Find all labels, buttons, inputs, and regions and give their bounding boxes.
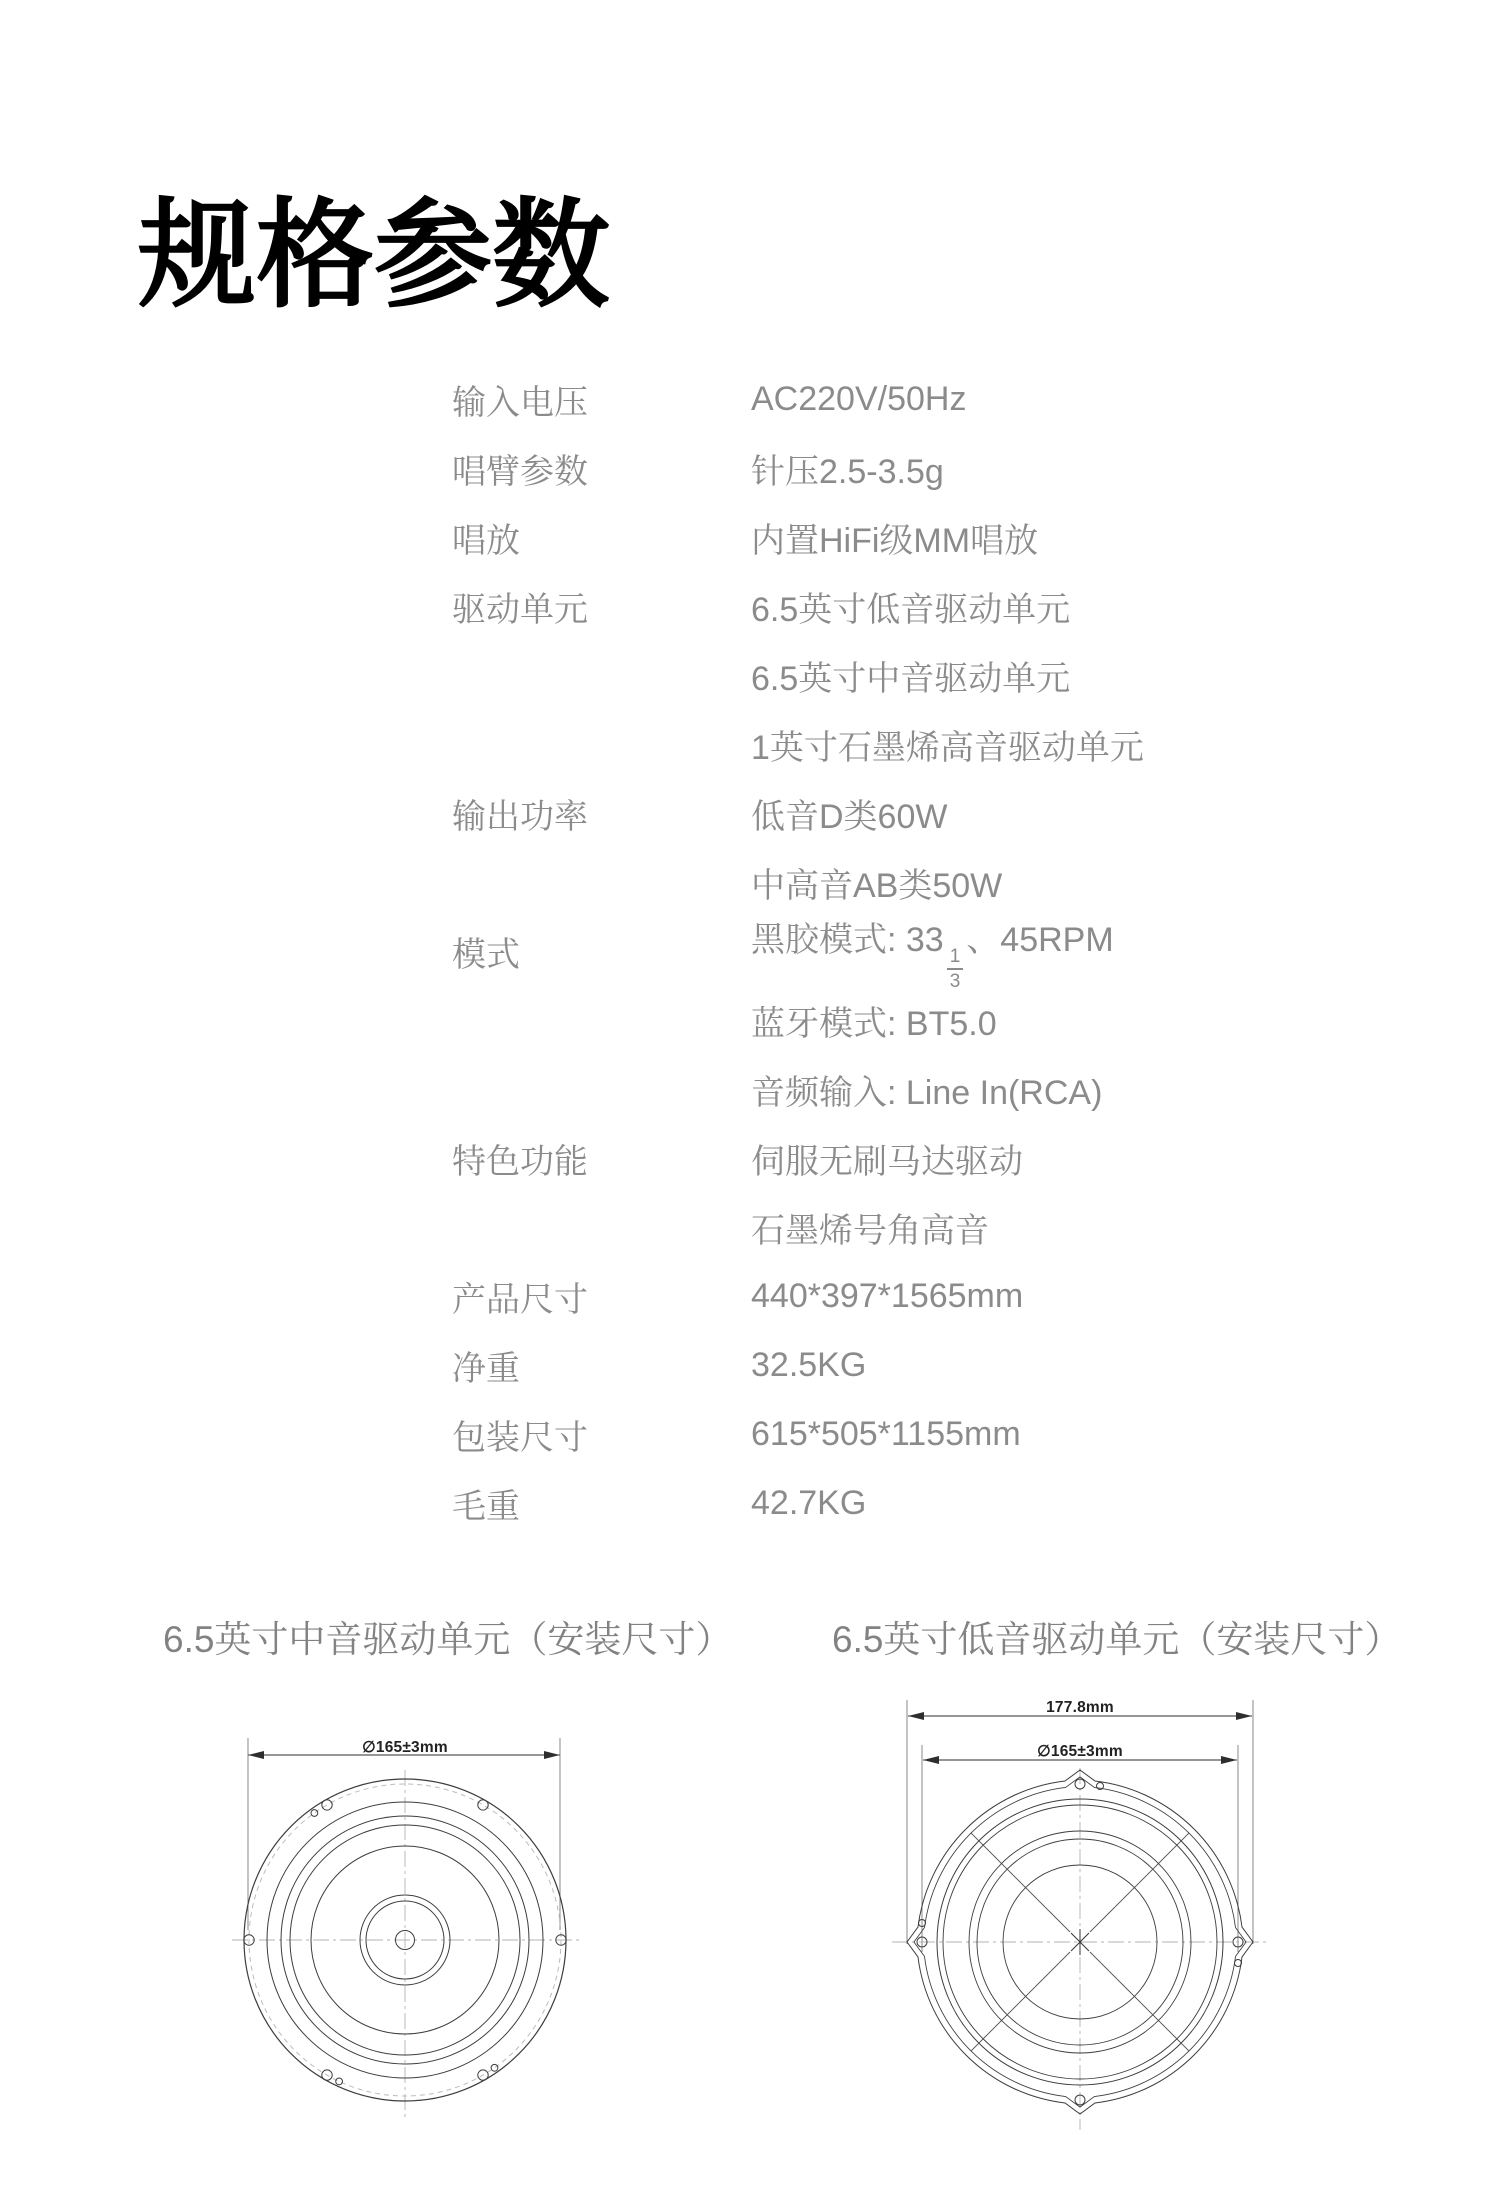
dim-arrow-right (1236, 1712, 1252, 1720)
mode-value-suffix: 、45RPM (966, 921, 1113, 959)
spec-label: 净重 (452, 1341, 751, 1390)
page-title: 规格参数 (138, 197, 610, 315)
spec-row-features: 特色功能 伺服无刷马达驱动 (452, 1124, 1144, 1193)
spec-value: AC220V/50Hz (751, 380, 966, 419)
woofer-inner-dim-label: ∅165±3mm (1037, 1743, 1123, 1760)
spec-label: 模式 (452, 927, 751, 976)
spec-value: 低音D类60W (751, 789, 947, 838)
spec-value: 中高音AB类50W (751, 858, 1002, 907)
spec-value: 6.5英寸中音驱动单元 (751, 651, 1070, 700)
spec-row-drivers-3: 1英寸石墨烯高音驱动单元 (452, 710, 1144, 779)
fraction-one-third: 13 (947, 947, 964, 991)
spec-label: 输出功率 (452, 789, 751, 838)
dim-arrow-left (908, 1712, 924, 1720)
spec-row-gross-weight: 毛重 42.7KG (452, 1469, 1144, 1538)
spec-label: 包装尺寸 (452, 1410, 751, 1459)
woofer-section-title: 6.5英寸低音驱动单元（安装尺寸） (832, 1618, 1401, 1662)
woofer-technical-drawing: 177.8mm ∅165±3mm (880, 1660, 1290, 2140)
spec-value: 音频输入: Line In(RCA) (751, 1065, 1102, 1114)
spec-value: 蓝牙模式: BT5.0 (751, 996, 997, 1045)
spec-label: 唱放 (452, 513, 751, 562)
spec-label: 特色功能 (452, 1134, 751, 1183)
spec-row-features-2: 石墨烯号角高音 (452, 1193, 1144, 1262)
spec-row-modes: 模式 黑胶模式: 3313、45RPM (452, 917, 1144, 986)
dim-arrow-right (544, 1751, 560, 1759)
spec-row-phono: 唱放 内置HiFi级MM唱放 (452, 503, 1144, 572)
spec-row-package-size: 包装尺寸 615*505*1155mm (452, 1400, 1144, 1469)
spec-value: 615*505*1155mm (751, 1415, 1021, 1454)
mid-driver-dim-label: ∅165±3mm (362, 1739, 448, 1756)
spec-row-output-power-2: 中高音AB类50W (452, 848, 1144, 917)
spec-row-input-voltage: 输入电压 AC220V/50Hz (452, 365, 1144, 434)
spec-sheet-page: { "page": { "title": "规格参数" }, "colors":… (0, 0, 1500, 2203)
spec-value: 石墨烯号角高音 (751, 1203, 989, 1252)
spec-value: 内置HiFi级MM唱放 (751, 513, 1038, 562)
spec-row-output-power: 输出功率 低音D类60W (452, 779, 1144, 848)
fraction-denominator: 3 (950, 970, 961, 991)
spec-value: 6.5英寸低音驱动单元 (751, 582, 1070, 631)
spec-row-tonearm: 唱臂参数 针压2.5-3.5g (452, 434, 1144, 503)
mode-value-prefix: 黑胶模式: 33 (751, 921, 944, 959)
spec-label: 驱动单元 (452, 582, 751, 631)
mid-driver-section-title: 6.5英寸中音驱动单元（安装尺寸） (163, 1618, 732, 1662)
spec-row-drivers-2: 6.5英寸中音驱动单元 (452, 641, 1144, 710)
mid-driver-technical-drawing: ∅165±3mm (190, 1690, 620, 2135)
spec-value: 440*397*1565mm (751, 1277, 1023, 1316)
spec-value: 伺服无刷马达驱动 (751, 1134, 1023, 1183)
spec-value: 黑胶模式: 3313、45RPM (751, 912, 1114, 991)
spec-row-modes-3: 音频输入: Line In(RCA) (452, 1055, 1144, 1124)
spec-label: 毛重 (452, 1479, 751, 1528)
spec-table: 输入电压 AC220V/50Hz 唱臂参数 针压2.5-3.5g 唱放 内置Hi… (452, 365, 1144, 1538)
spec-row-drivers: 驱动单元 6.5英寸低音驱动单元 (452, 572, 1144, 641)
woofer-outer-dim-label: 177.8mm (1046, 1699, 1114, 1716)
spec-row-net-weight: 净重 32.5KG (452, 1331, 1144, 1400)
spec-row-modes-2: 蓝牙模式: BT5.0 (452, 986, 1144, 1055)
spec-value: 42.7KG (751, 1484, 866, 1523)
spec-label: 产品尺寸 (452, 1272, 751, 1321)
dim-arrow-left (248, 1751, 264, 1759)
spec-value: 32.5KG (751, 1346, 866, 1385)
fraction-numerator: 1 (947, 947, 964, 970)
spec-row-product-size: 产品尺寸 440*397*1565mm (452, 1262, 1144, 1331)
spec-value: 1英寸石墨烯高音驱动单元 (751, 720, 1144, 769)
dim-arrow-right (1221, 1756, 1237, 1764)
spec-label: 唱臂参数 (452, 444, 751, 493)
spec-label: 输入电压 (452, 375, 751, 424)
spec-value: 针压2.5-3.5g (751, 444, 944, 493)
dim-arrow-left (923, 1756, 939, 1764)
